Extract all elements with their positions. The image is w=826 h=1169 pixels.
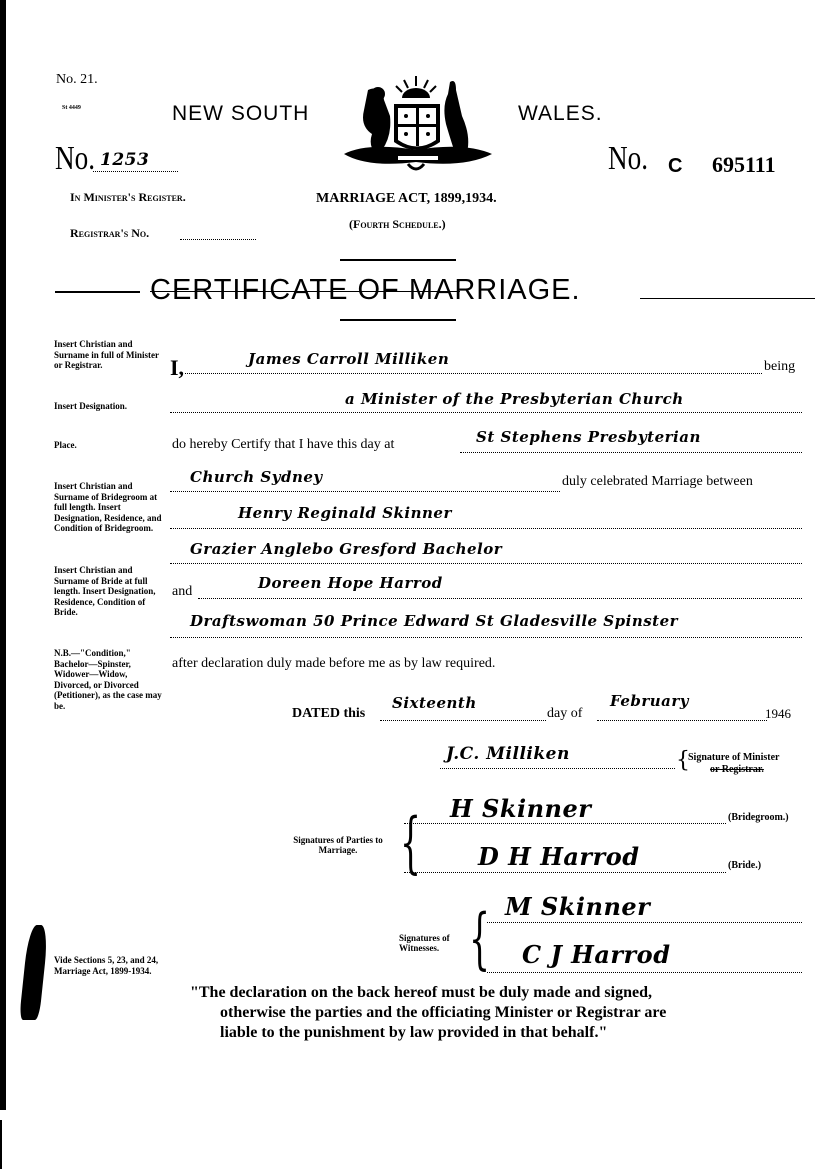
and-label: and: [172, 584, 192, 600]
footer-line-3: liable to the punishment by law provided…: [190, 1023, 666, 1043]
bride-name-line: [198, 598, 802, 599]
declaration-text: after declaration duly made before me as…: [172, 656, 495, 672]
scan-edge: [0, 0, 6, 1110]
bridegroom-name-field: Henry Reginald Skinner: [238, 504, 452, 522]
state-left: NEW SOUTH: [172, 102, 309, 126]
place-field-2: Church Sydney: [190, 468, 323, 486]
bride-details-line: [170, 637, 802, 638]
designation-line: [170, 412, 802, 413]
minister-sig-label-2: or Registrar.: [710, 764, 764, 775]
month-line: [597, 720, 767, 721]
minister-signature-line: [440, 768, 675, 769]
minister-sig-label-1: Signature of Minister: [688, 752, 779, 763]
state-right: WALES.: [518, 102, 603, 126]
minister-name-field: James Carroll Milliken: [248, 350, 449, 368]
minister-signature: J.C. Milliken: [446, 744, 570, 764]
parties-label: Signatures of Parties to Marriage.: [278, 835, 398, 855]
margin-note-vide: Vide Sections 5, 23, and 24, Marriage Ac…: [54, 955, 164, 976]
bridegroom-details-field: Grazier Anglebo Gresford Bachelor: [190, 540, 502, 558]
margin-note-minister: Insert Christian and Surname in full of …: [54, 339, 164, 371]
serial-number: 695111: [712, 152, 776, 178]
register-no-value: 1253: [100, 150, 149, 170]
bridegroom-signature-line: [404, 823, 726, 824]
certify-text: do hereby Certify that I have this day a…: [172, 437, 394, 453]
bridegroom-signature: H Skinner: [450, 794, 591, 823]
scan-edge-bottom: [0, 1120, 2, 1169]
day-field: Sixteenth: [392, 694, 477, 712]
registrars-no-label: Registrar's No.: [70, 226, 149, 241]
serial-label: No.: [608, 142, 648, 176]
registrars-no-line: [180, 239, 256, 240]
witness2-signature-line: [487, 972, 802, 973]
margin-note-bride: Insert Christian and Surname of Bride at…: [54, 565, 164, 618]
witnesses-brace: {: [469, 906, 490, 972]
margin-note-nb: N.B.—"Condition," Bachelor—Spinster, Wid…: [54, 648, 164, 711]
title-strike: [150, 291, 460, 292]
act-title: MARRIAGE ACT, 1899,1934.: [316, 191, 497, 207]
day-of-label: day of: [547, 706, 582, 722]
margin-note-designation: Insert Designation.: [54, 401, 164, 412]
print-code: St 4449: [62, 105, 81, 111]
register-no-line: [93, 171, 178, 172]
witness1-signature: M Skinner: [505, 892, 650, 921]
bridegroom-label: (Bridegroom.): [728, 812, 789, 823]
bride-name-field: Doreen Hope Harrod: [258, 574, 443, 592]
title-rule-top: [340, 259, 456, 261]
schedule: (Fourth Schedule.): [349, 217, 446, 232]
footer-line-1: "The declaration on the back hereof must…: [190, 983, 666, 1003]
footer-line-2: otherwise the parties and the officiatin…: [190, 1003, 666, 1023]
ministers-register-label: In Minister's Register.: [70, 190, 186, 205]
minister-name-line: [185, 373, 762, 374]
coat-of-arms-icon: [338, 76, 498, 174]
bridegroom-details-line: [170, 563, 802, 564]
bridegroom-name-line: [170, 528, 802, 529]
month-field: February: [610, 692, 689, 710]
being-label: being: [764, 359, 795, 375]
witness2-signature: C J Harrod: [522, 940, 670, 969]
place-field-1: St Stephens Presbyterian: [476, 428, 701, 446]
bride-signature-line: [404, 872, 726, 873]
register-no-label: No.: [55, 142, 95, 176]
title-dash-right: [640, 298, 815, 299]
footer-warning: "The declaration on the back hereof must…: [190, 983, 666, 1043]
day-line: [380, 720, 546, 721]
dated-label: DATED this: [292, 706, 365, 722]
serial-prefix: C: [668, 155, 682, 178]
designation-field: a Minister of the Presbyterian Church: [345, 390, 684, 408]
title-rule-bottom: [340, 319, 456, 321]
witnesses-label: Signatures of Witnesses.: [399, 933, 469, 953]
bride-details-field: Draftswoman 50 Prince Edward St Gladesvi…: [190, 612, 678, 630]
place-line-2: [170, 491, 560, 492]
margin-note-bridegroom: Insert Christian and Surname of Bridegro…: [54, 481, 164, 534]
title-dash-left: [55, 291, 140, 293]
parties-brace: {: [400, 810, 421, 876]
i-label: I,: [170, 355, 184, 381]
form-number: No. 21.: [56, 72, 98, 88]
witness1-signature-line: [487, 922, 802, 923]
ink-blot: [19, 925, 49, 1020]
place-line-1: [460, 452, 802, 453]
celebrated-text: duly celebrated Marriage between: [562, 474, 753, 490]
bride-signature: D H Harrod: [478, 842, 640, 871]
margin-note-place: Place.: [54, 440, 164, 451]
coat-of-arms-emblem: [338, 76, 498, 174]
year-field: 1946: [765, 706, 791, 722]
bride-label: (Bride.): [728, 860, 761, 871]
